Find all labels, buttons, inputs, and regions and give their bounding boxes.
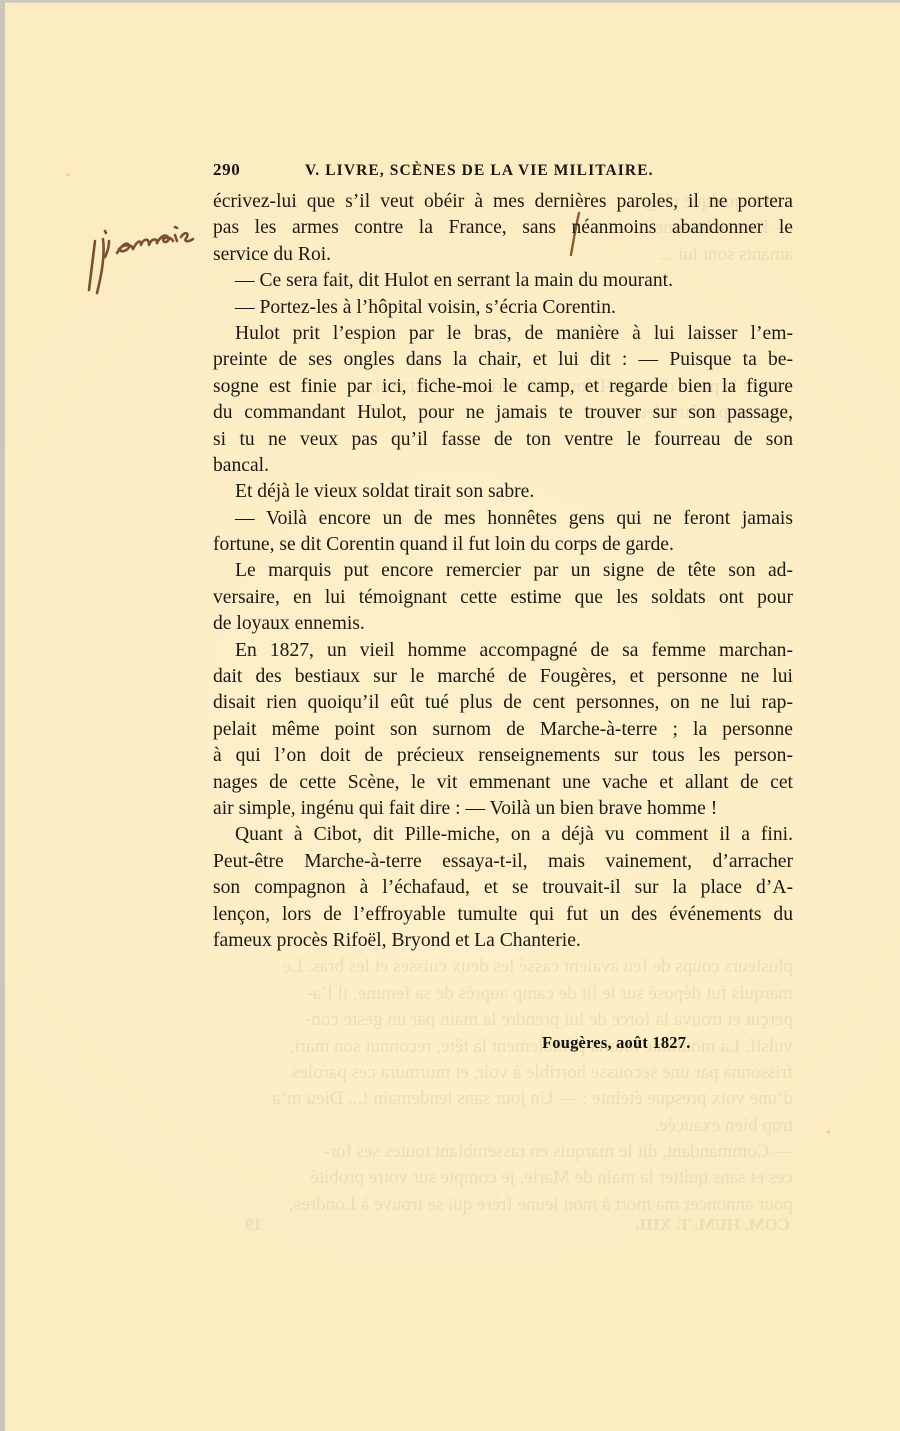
text-line: à qui l’on doit de précieux renseignemen… [213,743,793,769]
show-through-line: perçut et trouva la force de lui prendre… [248,1007,793,1033]
text-line: En 1827, un vieil homme accompagné de sa… [213,638,793,664]
text-line: preinte de ses ongles dans la chair, et … [213,347,793,373]
place-date-signature: Fougères, août 1827. [542,1033,691,1053]
handwritten-jamais-icon [83,213,203,303]
text-line: — Voilà encore un de mes honnêtes gens q… [213,506,793,532]
running-head-title: V. LIVRE, SCÈNES DE LA VIE MILITAIRE. [305,162,793,180]
text-line: pas les armes contre la France, sans néa… [213,215,793,241]
text-line: son compagnon à l’échafaud, et se trouva… [213,875,793,901]
show-through-line: frissonna par une secousse horrible à vo… [248,1060,793,1086]
text-line: fameux procès Rifoël, Bryond et La Chant… [213,928,793,954]
text-line: fortune, se dit Corentin quand il fut lo… [213,532,793,558]
text-line: nages de cette Scène, le vit emmenant un… [213,770,793,796]
text-line: écrivez-lui que s’il veut obéir à mes de… [213,189,793,215]
text-line: sogne est finie par ici, fiche-moi le ca… [213,374,793,400]
text-line: de loyaux ennemis. [213,611,793,637]
show-through-line: ces et sans quitter la main de Marie, je… [248,1165,793,1191]
text-line: pelait même point son surnom de Marche-à… [213,717,793,743]
show-through-line: d’une voix presque éteinte : — Un jour s… [248,1086,793,1112]
show-through-line: vulsif. La mourante tourna péniblement l… [248,1034,793,1060]
text-line: lençon, lors de l’effroyable tumulte qui… [213,902,793,928]
text-line: — Ce sera fait, dit Hulot en serrant la … [213,268,793,294]
show-through-line: trop bien exaucée. [248,1113,793,1139]
show-through-line: plusieurs coups de feu avaient cassé les… [248,954,793,980]
text-line: versaire, en lui témoignant cette estime… [213,585,793,611]
text-line: service du Roi. [213,242,793,268]
show-through-line: pour annoncer ma mort à mon jeune frère … [248,1192,793,1218]
show-through-sheet-number: 19 [245,1215,262,1235]
text-line: air simple, ingénu qui fait dire : — Voi… [213,796,793,822]
text-line: Quant à Cibot, dit Pille-miche, on a déj… [213,822,793,848]
text-line: si tu ne veux pas qu’il fasse de ton ven… [213,427,793,453]
page-number: 290 [213,160,305,180]
text-line: dait des bestiaux sur le marché de Fougè… [213,664,793,690]
handwritten-margin-note [83,213,203,303]
book-page: venus quelque piège.— Pauvre homme !...a… [5,2,900,1431]
text-line: Et déjà le vieux soldat tirait son sabre… [213,479,793,505]
running-head: 290 V. LIVRE, SCÈNES DE LA VIE MILITAIRE… [213,160,793,184]
text-line: Peut-être Marche-à-terre essaya-t-il, ma… [213,849,793,875]
text-line: disait rien quoiqu’il eût tué plus de ce… [213,690,793,716]
show-through-footer: COM. HUM. T. XIII. 19 [245,1215,790,1235]
show-through-line: — Commandant, dit le marquis en rassembl… [248,1139,793,1165]
text-line: bancal. [213,453,793,479]
text-line: Hulot prit l’espion par le bras, de mani… [213,321,793,347]
show-through-signature-mark: COM. HUM. T. XIII. [635,1215,790,1235]
text-line: Le marquis put encore remercier par un s… [213,558,793,584]
text-line: du commandant Hulot, pour ne jamais te t… [213,400,793,426]
text-line: — Portez-les à l’hôpital voisin, s’écria… [213,295,793,321]
show-through-line: marquis fut déposé sur le lit de camp au… [248,981,793,1007]
main-text: écrivez-lui que s’il veut obéir à mes de… [213,189,793,954]
